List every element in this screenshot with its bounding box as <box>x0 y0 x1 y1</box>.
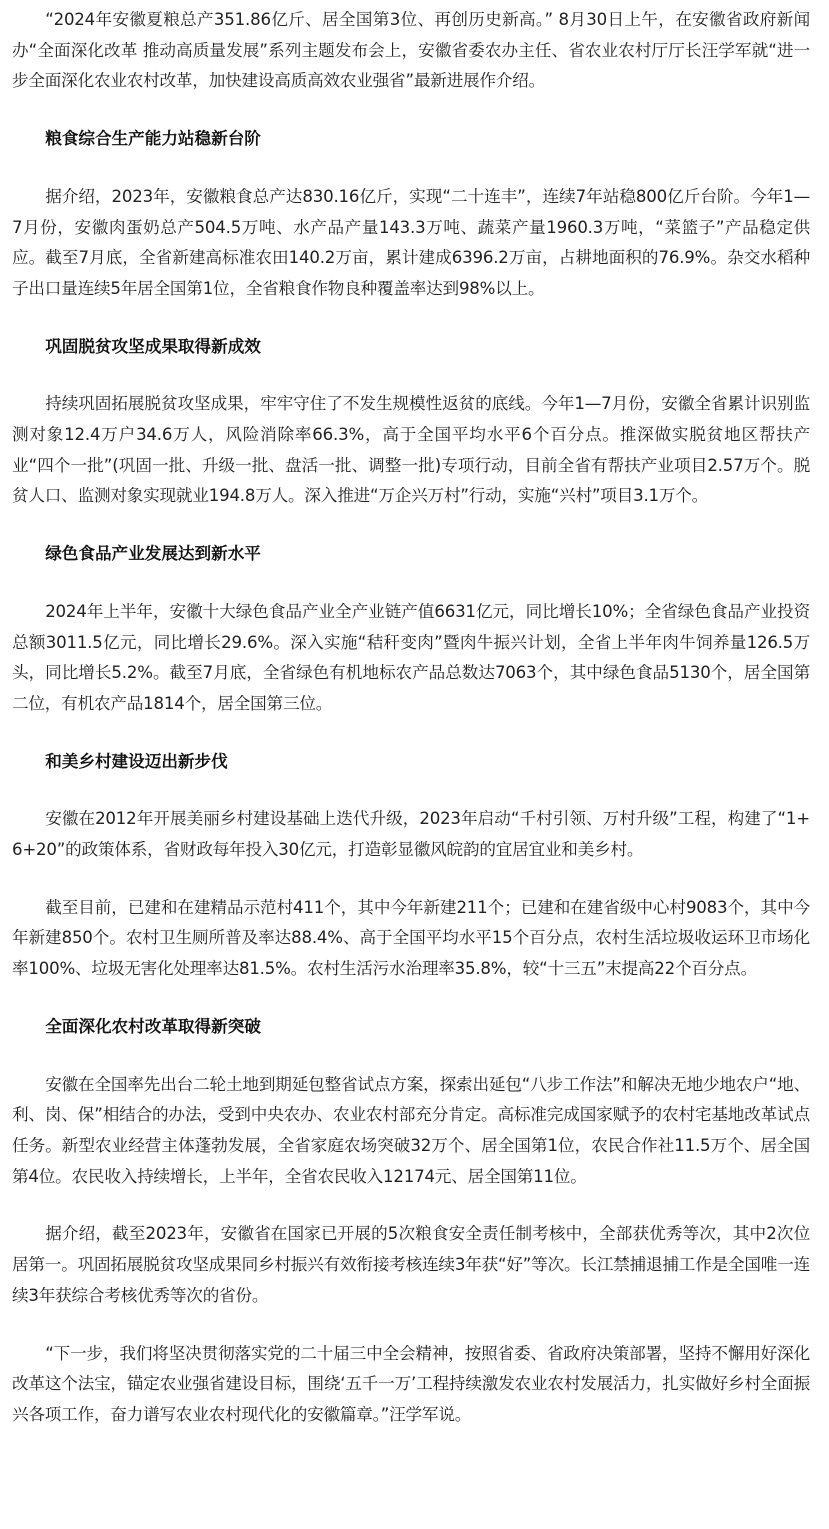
section-heading-green-food: 绿色食品产业发展达到新水平 <box>12 539 810 570</box>
paragraph-reform-1: 安徽在全国率先出台二轮土地到期延包整省试点方案，探索出延包“八步工作法”和解决无… <box>12 1070 810 1193</box>
paragraph-poverty: 持续巩固拓展脱贫攻坚成果，牢牢守住了不发生规模性返贫的底线。今年1—7月份，安徽… <box>12 389 810 512</box>
paragraph-village-2: 截至目前，已建和在建精品示范村411个，其中今年新建211个；已建和在建省级中心… <box>12 893 810 985</box>
intro-paragraph: “2024年安徽夏粮总产351.86亿斤、居全国第3位、再创历史新高。” 8月3… <box>12 5 810 97</box>
paragraph-reform-2: 据介绍，截至2023年，安徽省在国家已开展的5次粮食安全责任制考核中，全部获优秀… <box>12 1219 810 1311</box>
article-body: “2024年安徽夏粮总产351.86亿斤、居全国第3位、再创历史新高。” 8月3… <box>0 0 829 1431</box>
section-heading-village: 和美乡村建设迈出新步伐 <box>12 747 810 778</box>
paragraph-quote-closing: “下一步，我们将坚决贯彻落实党的二十届三中全会精神，按照省委、省政府决策部署，坚… <box>12 1339 810 1431</box>
section-heading-reform: 全面深化农村改革取得新突破 <box>12 1012 810 1043</box>
section-heading-grain: 粮食综合生产能力站稳新台阶 <box>12 124 810 155</box>
paragraph-village-1: 安徽在2012年开展美丽乡村建设基础上迭代升级，2023年启动“千村引领、万村升… <box>12 804 810 865</box>
paragraph-grain: 据介绍，2023年，安徽粮食总产达830.16亿斤，实现“二十连丰”，连续7年站… <box>12 182 810 305</box>
paragraph-green-food: 2024年上半年，安徽十大绿色食品产业全产业链产值6631亿元，同比增长10%；… <box>12 597 810 720</box>
section-heading-poverty: 巩固脱贫攻坚成果取得新成效 <box>12 332 810 363</box>
